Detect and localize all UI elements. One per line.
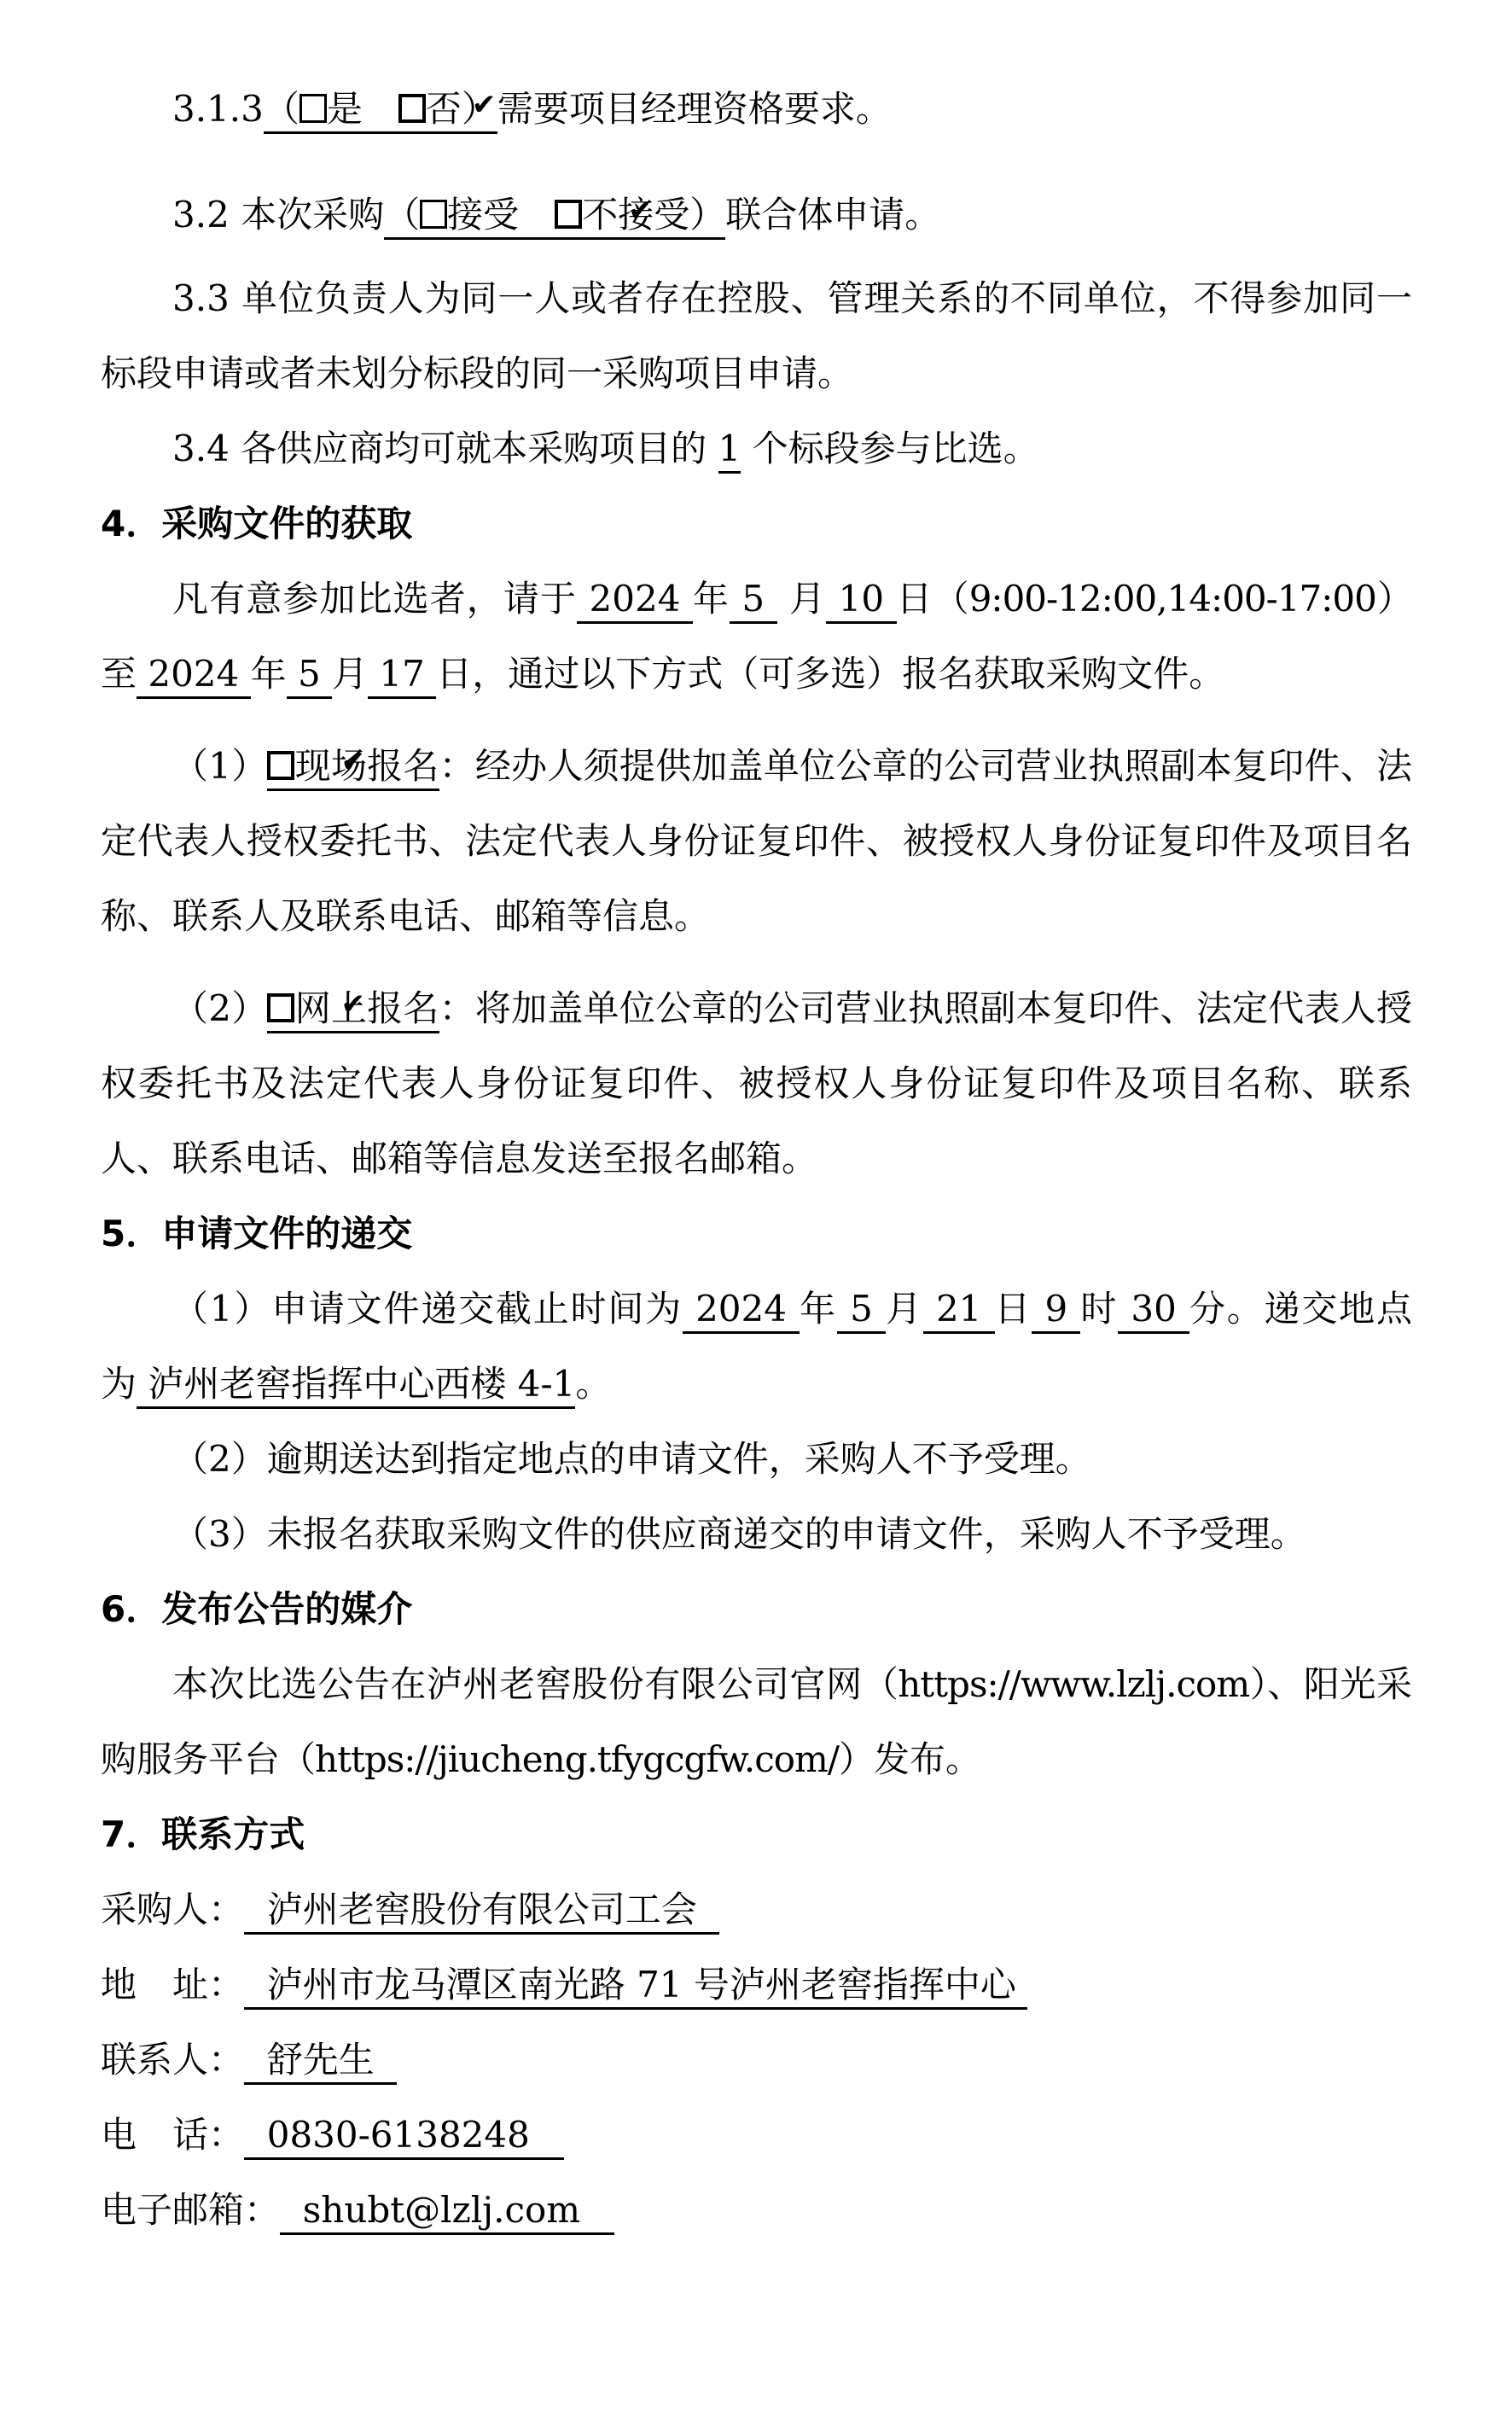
underline-wrapper: ✔ — [267, 987, 294, 1033]
underline-wrapper: 2024 — [577, 578, 693, 624]
underlined-text-run: 2024 — [137, 653, 251, 695]
text-run: 月 — [886, 1288, 923, 1330]
underline-wrapper — [420, 194, 447, 240]
text-run: 7．联系方式 — [101, 1813, 305, 1855]
paragraph: 本次比选公告在泸州老窖股份有限公司官网（https://www.lzlj.com… — [101, 1647, 1412, 1797]
text-run: 采购人： — [101, 1889, 244, 1930]
text-run: 联合体申请。 — [725, 194, 940, 236]
underlined-text-run: 接受 — [447, 194, 555, 236]
checkbox-unchecked-icon — [420, 200, 447, 229]
paragraph: （1）申请文件递交截止时间为 2024 年 5 月 21 日 9 时 30 分。… — [101, 1272, 1412, 1422]
underlined-text-run: 0830-6138248 — [244, 2114, 564, 2156]
underlined-text-run: 5 — [287, 653, 332, 695]
underlined-text-run: 泸州老窖指挥中心西楼 4-1 — [137, 1363, 575, 1405]
underline-wrapper: 2024 — [137, 653, 251, 699]
underlined-text-run: 舒先生 — [244, 2039, 397, 2081]
underline-wrapper: 1 — [718, 428, 741, 474]
underlined-text-run: 5 — [837, 1288, 886, 1330]
underline-wrapper: 是 — [327, 88, 398, 134]
underlined-text-run: shubt@lzlj.com — [280, 2189, 614, 2231]
paragraph: 3.4 各供应商均可就本采购项目的 1 个标段参与比选。 — [101, 411, 1412, 486]
underlined-text-run: 10 — [826, 578, 896, 620]
underlined-text-run: （ — [384, 194, 420, 236]
underlined-text-run: 5 — [730, 578, 777, 620]
underline-wrapper: （ — [264, 88, 299, 134]
text-run: 3.4 各供应商均可就本采购项目的 — [172, 428, 718, 469]
text-run: （3）未报名获取采购文件的供应商递交的申请文件，采购人不予受理。 — [172, 1513, 1306, 1555]
checkbox-unchecked-icon — [299, 94, 327, 123]
underline-wrapper: 30 — [1118, 1288, 1189, 1334]
underlined-text-run: 泸州老窖股份有限公司工会 — [244, 1889, 719, 1930]
paragraph: 3.2 本次采购（接受 ✔不接受）联合体申请。 — [101, 178, 1412, 253]
underline-wrapper: 10 — [826, 578, 896, 624]
text-run: 3.1.3 — [172, 88, 264, 130]
text-run: 凡有意参加比选者，请于 — [172, 578, 577, 620]
underline-wrapper: 舒先生 — [244, 2039, 397, 2085]
checkbox-checked-icon: ✔ — [267, 993, 294, 1022]
text-run: 年 — [251, 653, 287, 695]
check-icon: ✔ — [400, 90, 497, 119]
underlined-text-run: 2024 — [577, 578, 693, 620]
text-run: 日 — [897, 578, 933, 620]
text-run: （https://www.lzlj.com） — [863, 1663, 1268, 1705]
underline-wrapper: 2024 — [683, 1288, 800, 1334]
text-run: 4．采购文件的获取 — [101, 503, 412, 544]
text-run: （1）申请文件递交截止时间为 — [172, 1288, 683, 1330]
text-run: 3.2 本次采购 — [172, 194, 384, 236]
checkbox-checked-icon: ✔ — [555, 200, 582, 229]
underline-wrapper: 5 — [730, 578, 777, 624]
section-heading: 6．发布公告的媒介 — [101, 1572, 1412, 1647]
text-run: 年 — [693, 578, 730, 620]
paragraph: 地 址： 泸州市龙马潭区南光路 71 号泸州老窖指挥中心 — [101, 1947, 1412, 2023]
underlined-text-run: 17 — [368, 653, 436, 695]
underlined-text-run: 9 — [1032, 1288, 1080, 1330]
text-run: 6．发布公告的媒介 — [101, 1588, 412, 1630]
text-run: （9:00-12:00,14:00-17:00） — [933, 578, 1412, 620]
document-page: 3.1.3（是 ✔否）需要项目经理资格要求。3.2 本次采购（接受 ✔不接受）联… — [0, 0, 1512, 2433]
underline-wrapper: 5 — [287, 653, 332, 699]
text-run: （https://jiucheng.tfygcgfw.com/） — [280, 1738, 874, 1780]
section-heading: 4．采购文件的获取 — [101, 486, 1412, 562]
section-heading: 5．申请文件的递交 — [101, 1196, 1412, 1272]
text-run: 个标段参与比选。 — [741, 428, 1038, 469]
underline-wrapper: 泸州老窖指挥中心西楼 4-1 — [137, 1363, 575, 1409]
underlined-text-run: 泸州市龙马潭区南光路 71 号泸州老窖指挥中心 — [244, 1964, 1027, 2005]
underline-wrapper: shubt@lzlj.com — [280, 2189, 614, 2235]
underline-wrapper: （ — [384, 194, 420, 240]
text-run: 月 — [777, 578, 827, 620]
underline-wrapper: 0830-6138248 — [244, 2114, 564, 2160]
underlined-text-run: 30 — [1118, 1288, 1189, 1330]
underline-wrapper: 泸州市龙马潭区南光路 71 号泸州老窖指挥中心 — [244, 1964, 1027, 2010]
underlined-text-run: 是 — [327, 88, 398, 130]
underline-wrapper: 5 — [837, 1288, 886, 1334]
underline-wrapper: 21 — [923, 1288, 995, 1334]
text-run: 电 话： — [101, 2114, 244, 2156]
underline-wrapper: 9 — [1032, 1288, 1080, 1334]
text-run: 时 — [1080, 1288, 1118, 1330]
text-run: 月 — [332, 653, 368, 695]
paragraph: 3.1.3（是 ✔否）需要项目经理资格要求。 — [101, 72, 1412, 147]
text-run: 地 址： — [101, 1964, 244, 2005]
paragraph: （3）未报名获取采购文件的供应商递交的申请文件，采购人不予受理。 — [101, 1497, 1412, 1572]
section-heading: 7．联系方式 — [101, 1797, 1412, 1872]
text-run: 需要项目经理资格要求。 — [497, 88, 892, 130]
checkbox-checked-icon: ✔ — [267, 751, 294, 780]
text-run: 电子邮箱： — [101, 2189, 280, 2231]
check-icon: ✔ — [269, 990, 365, 1019]
paragraph: （1）✔现场报名：经办人须提供加盖单位公章的公司营业执照副本复印件、法定代表人授… — [101, 729, 1412, 954]
paragraph: 3.3 单位负责人为同一人或者存在控股、管理关系的不同单位，不得参加同一标段申请… — [101, 261, 1412, 411]
text-run: 日，通过以下方式（可多选）报名获取采购文件。 — [436, 653, 1224, 695]
text-run: 至 — [101, 653, 137, 695]
text-run: 5．申请文件的递交 — [101, 1213, 412, 1254]
check-icon: ✔ — [269, 748, 365, 777]
text-run: 发布。 — [874, 1738, 981, 1780]
text-run: （2）逾期送达到指定地点的申请文件，采购人不予受理。 — [172, 1438, 1091, 1480]
underline-wrapper: 接受 — [447, 194, 555, 240]
underline-wrapper — [299, 88, 327, 134]
underlined-text-run: （ — [264, 88, 299, 130]
paragraph: 采购人： 泸州老窖股份有限公司工会 — [101, 1872, 1412, 1947]
paragraph: （2）逾期送达到指定地点的申请文件，采购人不予受理。 — [101, 1422, 1412, 1497]
underline-wrapper: ✔ — [398, 88, 426, 134]
underlined-text-run: 1 — [718, 428, 741, 469]
underline-wrapper: 17 — [368, 653, 436, 699]
text-run: （1） — [172, 745, 267, 787]
text-run: （2） — [172, 987, 267, 1029]
paragraph: 电 话： 0830-6138248 — [101, 2098, 1412, 2173]
text-run: 联系人： — [101, 2039, 244, 2081]
text-run: 日 — [995, 1288, 1032, 1330]
paragraph: 电子邮箱： shubt@lzlj.com — [101, 2173, 1412, 2248]
check-icon: ✔ — [556, 196, 653, 225]
text-run: 3.3 单位负责人为同一人或者存在控股、管理关系的不同单位，不得参加同一标段申请… — [101, 277, 1412, 394]
underlined-text-run: 2024 — [683, 1288, 800, 1330]
underline-wrapper: ✔ — [267, 745, 294, 791]
paragraph: 凡有意参加比选者，请于 2024 年 5 月 10 日（9:00-12:00,1… — [101, 562, 1412, 712]
text-run: 本次比选公告在泸州老窖股份有限公司官网 — [172, 1663, 863, 1705]
underline-wrapper: ✔ — [555, 194, 582, 240]
underlined-text-run: 21 — [923, 1288, 995, 1330]
paragraph: 联系人： 舒先生 — [101, 2023, 1412, 2098]
text-run: 年 — [800, 1288, 837, 1330]
underline-wrapper: 泸州老窖股份有限公司工会 — [244, 1889, 719, 1935]
paragraph: （2）✔网上报名：将加盖单位公章的公司营业执照副本复印件、法定代表人授权委托书及… — [101, 971, 1412, 1196]
checkbox-checked-icon: ✔ — [398, 94, 426, 123]
text-run: 。 — [575, 1363, 611, 1405]
